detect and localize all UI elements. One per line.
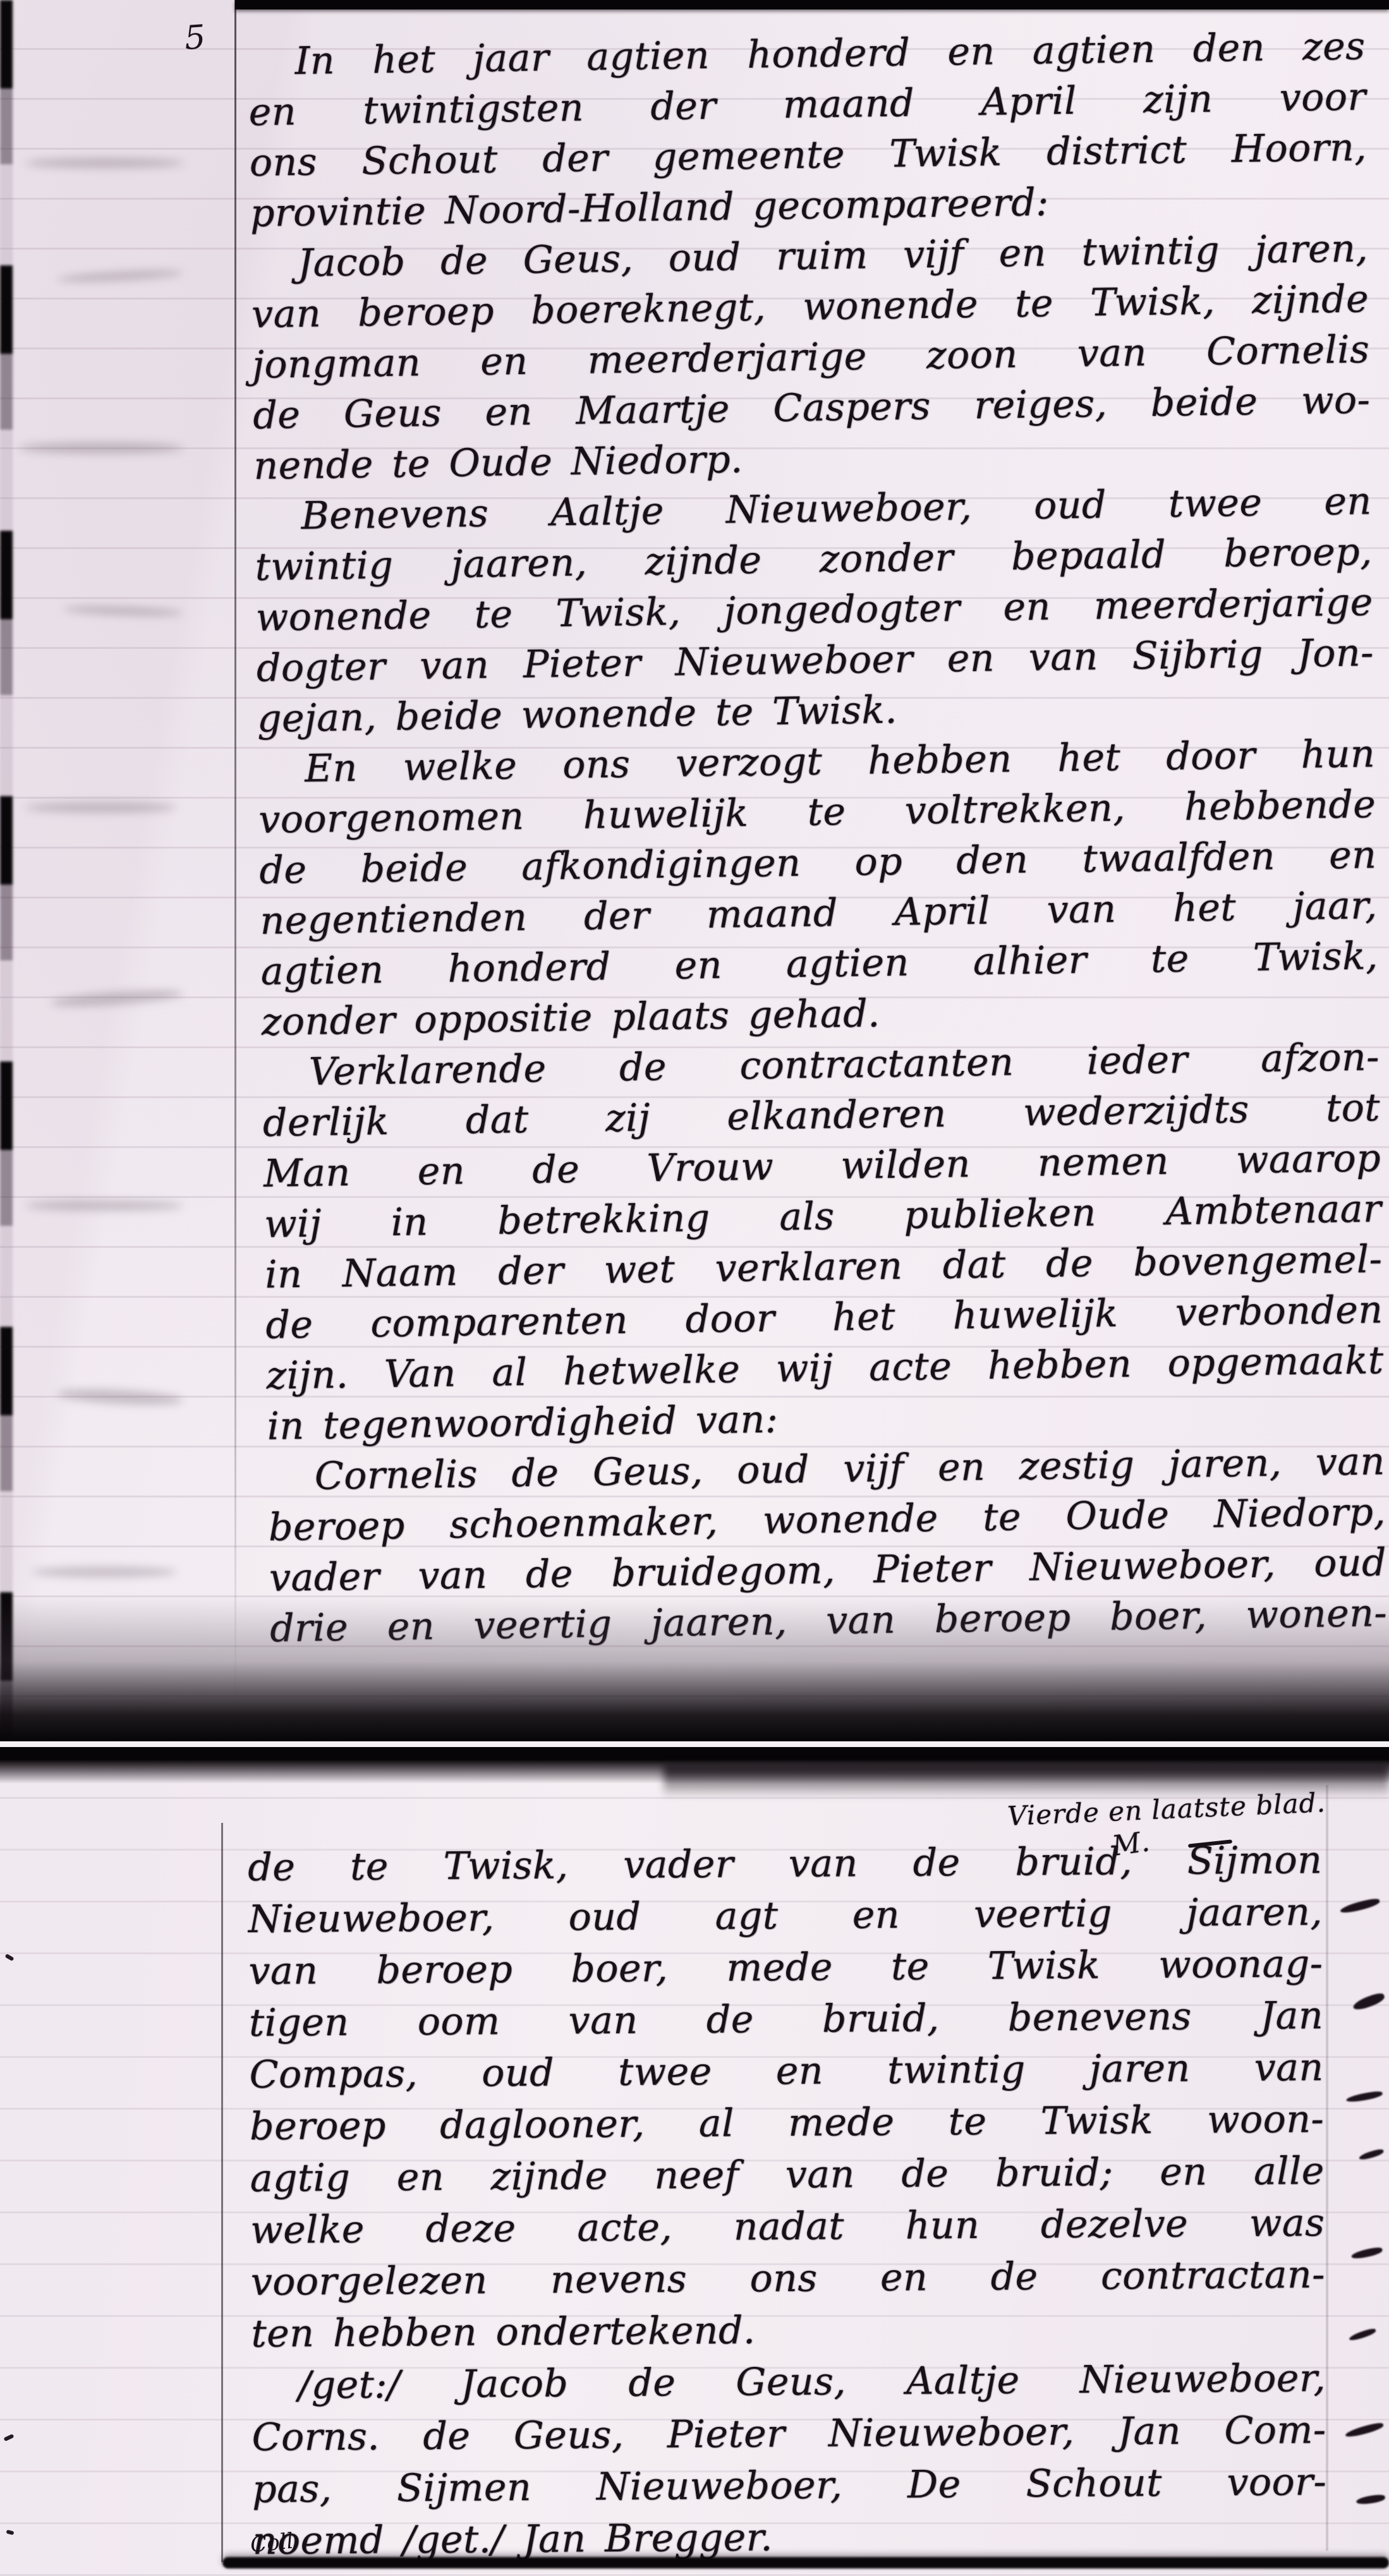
scan-bottom-border	[222, 2557, 1389, 2568]
handwritten-line: Nieuweboer, oud agt en veertig jaaren,	[248, 1886, 1323, 1945]
scan-smudge	[51, 988, 184, 1010]
scan-smudge	[25, 802, 177, 813]
scan-smudge	[25, 158, 183, 168]
handwritten-line: voorgelezen nevens ons en de contractan-	[251, 2249, 1326, 2308]
page-number: 5	[183, 18, 207, 57]
scan-smudge	[57, 269, 183, 284]
scan-smudge	[57, 1387, 184, 1407]
handwritten-line: de te Twisk, vader van de bruid, Sijmon	[248, 1834, 1323, 1894]
margin-rule	[234, 0, 236, 1706]
handwritten-line: welke deze acte, nadat hun dezelve was	[250, 2197, 1325, 2256]
handwritten-line: Corns. de Geus, Pieter Nieuweboer, Jan C…	[252, 2404, 1326, 2464]
register-page-1: 5 In het jaar agtien honderd en agtien d…	[0, 0, 1389, 1741]
scan-smudge	[63, 605, 183, 618]
scan-smudge	[32, 1567, 177, 1577]
handwritten-text-block: In het jaar agtien honderd en agtien den…	[248, 21, 1388, 1654]
handwritten-line: beroep daglooner, al mede te Twisk woon-	[250, 2093, 1325, 2153]
margin-rule	[221, 1823, 223, 2562]
bleedthrough-mark	[1356, 2494, 1385, 2505]
bleedthrough-mark	[1345, 2090, 1383, 2103]
scan-smudge	[19, 442, 183, 454]
handwritten-line: /get:/ Jacob de Geus, Aaltje Nieuweboer,	[252, 2352, 1326, 2412]
bleedthrough-mark	[1350, 2246, 1383, 2260]
bleedthrough-mark	[1349, 2327, 1377, 2342]
bleedthrough-mark	[1352, 1992, 1386, 2012]
scan-smudge	[25, 1200, 183, 1211]
edge-artifact	[3, 2434, 14, 2441]
scan-top-border	[235, 0, 1389, 9]
bleedthrough-mark	[1339, 1897, 1380, 1914]
handwritten-line: Compas, oud twee en twintig jaren van	[249, 2041, 1324, 2101]
binding-edge	[0, 0, 13, 1741]
page-separator	[0, 1741, 1389, 1747]
handwritten-line: tigen oom van de bruid, benevens Jan	[249, 1990, 1324, 2049]
handwritten-line: agtig en zijnde neef van de bruid; en al…	[250, 2145, 1325, 2204]
edge-artifact	[4, 1954, 14, 1961]
document-scan: 5 In het jaar agtien honderd en agtien d…	[0, 0, 1389, 2576]
collation-mark: Coll	[249, 2529, 294, 2558]
bleedthrough-mark	[1358, 2148, 1384, 2162]
handwritten-line: ten hebben ondertekend.	[251, 2301, 1326, 2360]
handwritten-text-block: de te Twisk, vader van de bruid, SijmonN…	[248, 1834, 1327, 2567]
edge-artifact	[6, 2530, 14, 2536]
register-page-2: Vierde en laatste blad. M. de te Twisk, …	[0, 1747, 1389, 2576]
handwritten-line: pas, Sijmen Nieuweboer, De Schout voor-	[252, 2456, 1327, 2515]
scan-bottom-shadow	[0, 1596, 1389, 1741]
bleedthrough-mark	[1345, 2421, 1385, 2439]
handwritten-line: van beroep boer, mede te Twisk woonag-	[248, 1938, 1323, 1997]
